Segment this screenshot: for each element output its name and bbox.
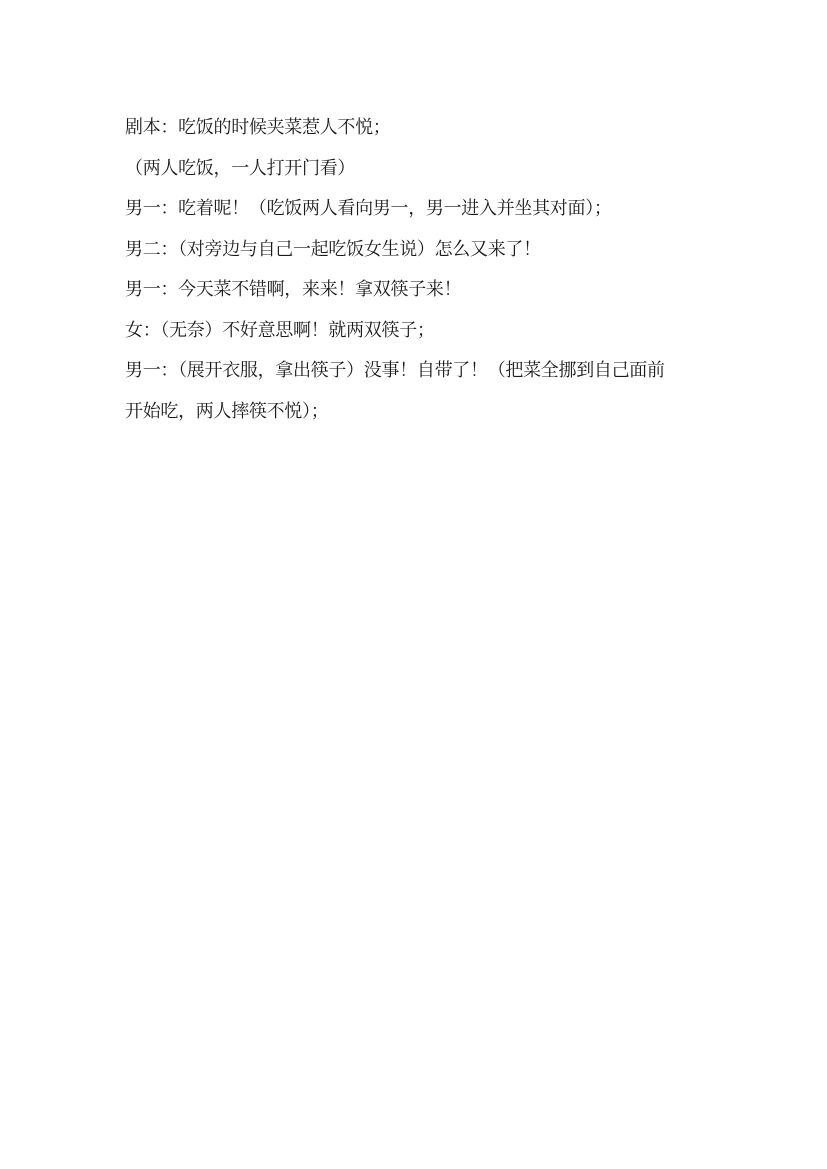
- script-text-body: 剧本：吃饭的时候夹菜惹人不悦； （两人吃饭，一人打开门看） 男一：吃着呢！（吃饭…: [125, 108, 715, 432]
- dialogue-line: 女：（无奈）不好意思啊！就两双筷子；: [125, 311, 715, 352]
- dialogue-line: 男一：吃着呢！（吃饭两人看向男一，男一进入并坐其对面）；: [125, 189, 715, 230]
- dialogue-line-continuation: 开始吃，两人摔筷不悦）；: [125, 392, 715, 433]
- stage-direction-line: （两人吃饭，一人打开门看）: [125, 149, 715, 190]
- dialogue-line: 男二：（对旁边与自己一起吃饭女生说）怎么又来了！: [125, 230, 715, 271]
- dialogue-line: 男一：今天菜不错啊，来来！拿双筷子来！: [125, 270, 715, 311]
- document-page: 剧本：吃饭的时候夹菜惹人不悦； （两人吃饭，一人打开门看） 男一：吃着呢！（吃饭…: [0, 0, 827, 1169]
- script-title-line: 剧本：吃饭的时候夹菜惹人不悦；: [125, 108, 715, 149]
- dialogue-line: 男一：（展开衣服，拿出筷子）没事！自带了！（把菜全挪到自己面前: [125, 351, 715, 392]
